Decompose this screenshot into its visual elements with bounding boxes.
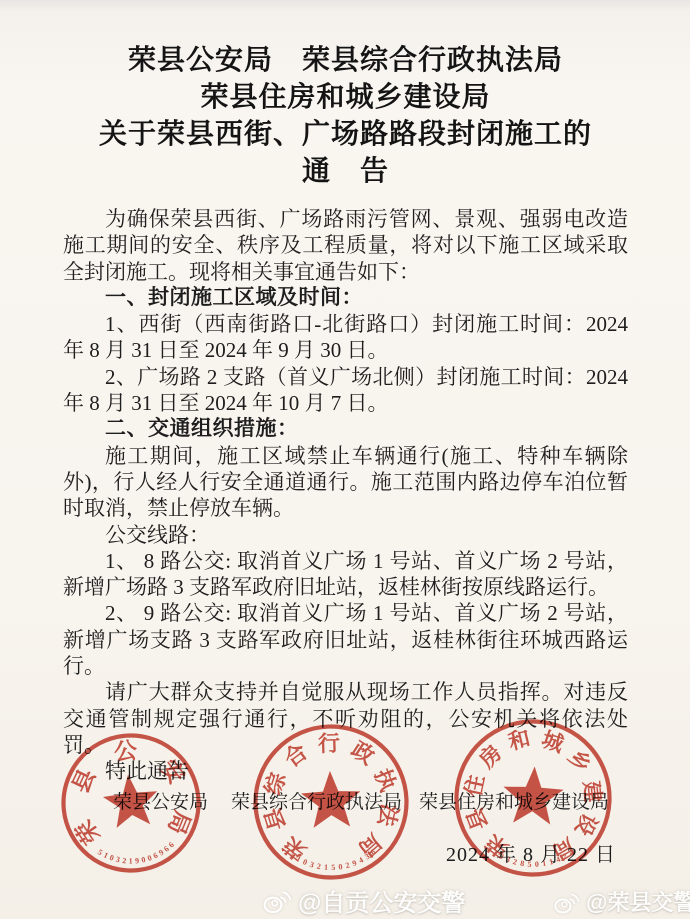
svg-text:设: 设 [570,810,601,840]
svg-text:5: 5 [331,863,335,872]
watermark-zigong-traffic-police: @自贡公安交警 [262,883,465,918]
section-heading-closure-areas: 一、封闭施工区域及时间： [63,285,628,311]
section-heading-traffic-measures: 二、交通组织措施： [63,416,628,442]
weibo-icon [262,887,292,914]
svg-text:城: 城 [538,727,567,757]
svg-text:1: 1 [129,857,133,866]
title-line-agencies-1: 荣县公安局 荣县综合行政执法局 [63,42,628,79]
svg-text:公: 公 [113,738,138,765]
svg-text:4: 4 [357,855,365,865]
paragraph-bus-lines-label: 公交线路： [63,522,628,548]
title-line-notice-word: 通 告 [63,153,628,190]
watermark-handle: @自贡公安交警 [298,883,465,918]
svg-text:3: 3 [505,855,512,865]
notice-document: 荣县公安局 荣县综合行政执法局 荣县住房和城乡建设局 关于荣县西街、广场路路段封… [0,0,690,785]
item-west-street-closure: 1、西街（西南街路口-北街路口）封闭施工时间：2024 年 8 月 31 日至 … [63,311,628,364]
svg-text:0: 0 [535,860,540,869]
svg-text:行: 行 [318,731,341,757]
svg-text:5: 5 [527,860,531,869]
scanned-notice-page: 荣县公安局 荣县综合行政执法局 荣县住房和城乡建设局 关于荣县西街、广场路路段封… [0,0,690,919]
svg-text:县: 县 [260,805,290,833]
notice-title: 荣县公安局 荣县综合行政执法局 荣县住房和城乡建设局 关于荣县西街、广场路路段封… [63,42,628,190]
svg-text:住: 住 [460,772,489,799]
svg-text:和: 和 [506,726,532,754]
svg-text:8: 8 [520,859,525,869]
weibo-icon [553,890,580,914]
svg-text:综: 综 [260,769,291,799]
svg-text:执: 执 [370,765,401,795]
title-line-subject: 关于荣县西街、广场路路段封闭施工的 [63,116,628,153]
svg-text:3: 3 [309,860,315,870]
paragraph-traffic-measures: 施工期间，施工区域禁止车辆通行(施工、特种车辆除外)，行人经人行安全通道通行。施… [63,443,628,522]
item-plaza-road-closure: 2、广场路 2 支路（首义广场北侧）封闭施工时间：2024 年 8 月 31 日… [63,364,628,417]
paragraph-intro: 为确保荣县西街、广场路雨污管网、景观、强弱电改造施工期间的安全、秩序及工程质量，… [63,206,628,285]
svg-text:9: 9 [135,856,140,865]
svg-text:0: 0 [301,857,308,867]
official-seal-police-bureau: 荣县公安局5103219006966 [54,726,208,880]
svg-text:建: 建 [579,780,606,804]
svg-text:2: 2 [512,857,518,867]
svg-text:法: 法 [373,802,403,830]
svg-text:2: 2 [316,862,322,872]
paragraph-bus-route-9: 2、 9 路公交: 取消首义广场 1 号站、首义广场 2 号站，新增广场支路 3… [63,600,628,679]
svg-text:1: 1 [541,859,546,869]
svg-text:0: 0 [140,855,146,865]
svg-text:0: 0 [108,853,115,863]
svg-text:3: 3 [115,855,121,865]
paragraph-bus-route-8: 1、 8 路公交: 取消首义广场 1 号站、首义广场 2 号站，新增广场路 3 … [63,548,628,601]
watermark-handle: @荣县交警 [586,886,690,917]
official-seal-housing-bureau: 荣县住房和城乡建设局5103285011424 [450,715,616,881]
notice-body: 为确保荣县西街、广场路雨污管网、景观、强弱电改造施工期间的安全、秩序及工程质量，… [63,206,628,785]
svg-text:1: 1 [324,863,329,872]
svg-text:0: 0 [338,862,343,871]
svg-text:县: 县 [462,804,492,833]
watermark-rongxian-traffic-police: @荣县交警 [553,886,690,917]
svg-text:9: 9 [351,858,358,868]
svg-text:1: 1 [548,857,554,867]
svg-text:2: 2 [122,856,127,865]
svg-text:2: 2 [345,860,351,870]
official-seal-admin-enforcement-bureau: 荣县综合行政执法局5103215029436 [250,721,411,882]
title-line-agencies-2: 荣县住房和城乡建设局 [63,79,628,116]
